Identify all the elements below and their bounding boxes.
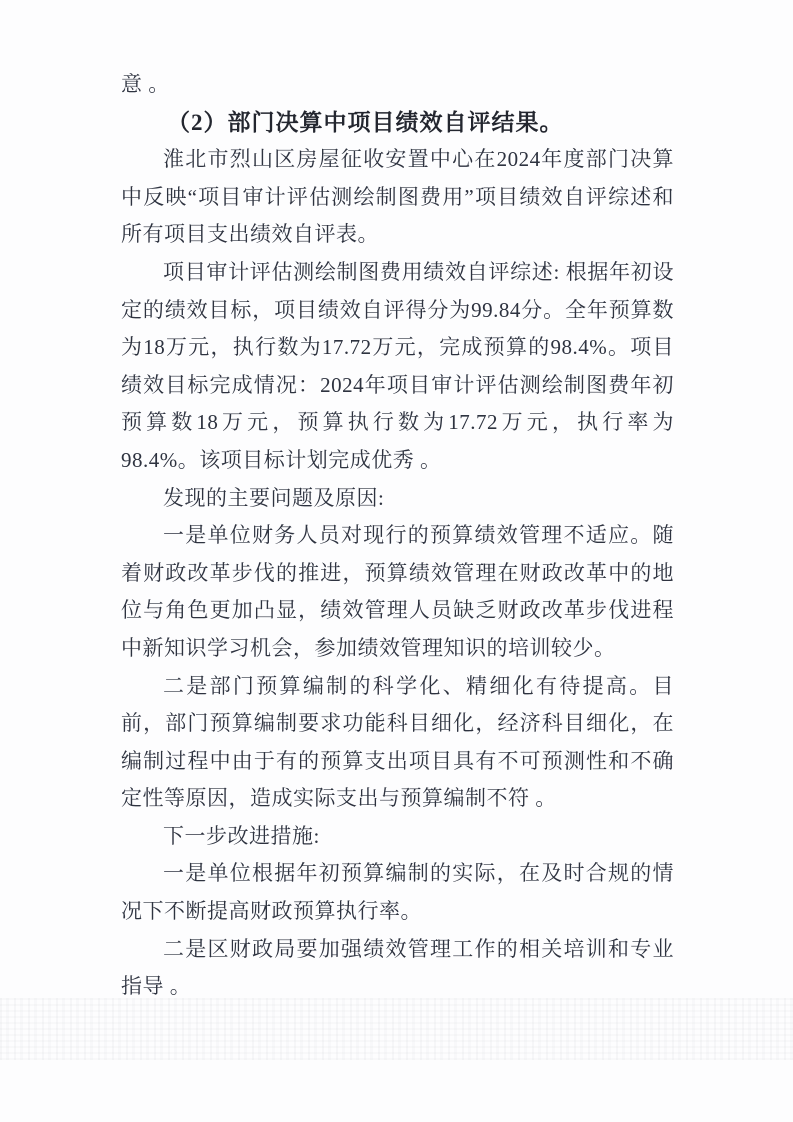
paragraph: 下一步改进措施: bbox=[121, 818, 674, 856]
paragraph: 一是单位根据年初预算编制的实际，在及时合规的情况下不断提高财政预算执行率。 bbox=[121, 855, 674, 930]
paragraph: 二是区财政局要加强绩效管理工作的相关培训和专业指导 。 bbox=[121, 931, 674, 1006]
scan-noise-artifact bbox=[0, 998, 793, 1060]
document-body: 意 。（2）部门决算中项目绩效自评结果。淮北市烈山区房屋征收安置中心在2024年… bbox=[121, 66, 674, 1006]
paragraph: 发现的主要问题及原因: bbox=[121, 480, 674, 518]
paragraph: 意 。 bbox=[121, 66, 674, 104]
paragraph: 一是单位财务人员对现行的预算绩效管理不适应。随着财政改革步伐的推进，预算绩效管理… bbox=[121, 517, 674, 667]
paragraph: 淮北市烈山区房屋征收安置中心在2024年度部门决算中反映“项目审计评估测绘制图费… bbox=[121, 141, 674, 254]
document-page: 意 。（2）部门决算中项目绩效自评结果。淮北市烈山区房屋征收安置中心在2024年… bbox=[0, 0, 793, 1122]
paragraph: 二是部门预算编制的科学化、精细化有待提高。目前，部门预算编制要求功能科目细化，经… bbox=[121, 668, 674, 818]
paragraph: 项目审计评估测绘制图费用绩效自评综述: 根据年初设定的绩效目标，项目绩效自评得分… bbox=[121, 254, 674, 480]
section-heading: （2）部门决算中项目绩效自评结果。 bbox=[121, 104, 674, 142]
